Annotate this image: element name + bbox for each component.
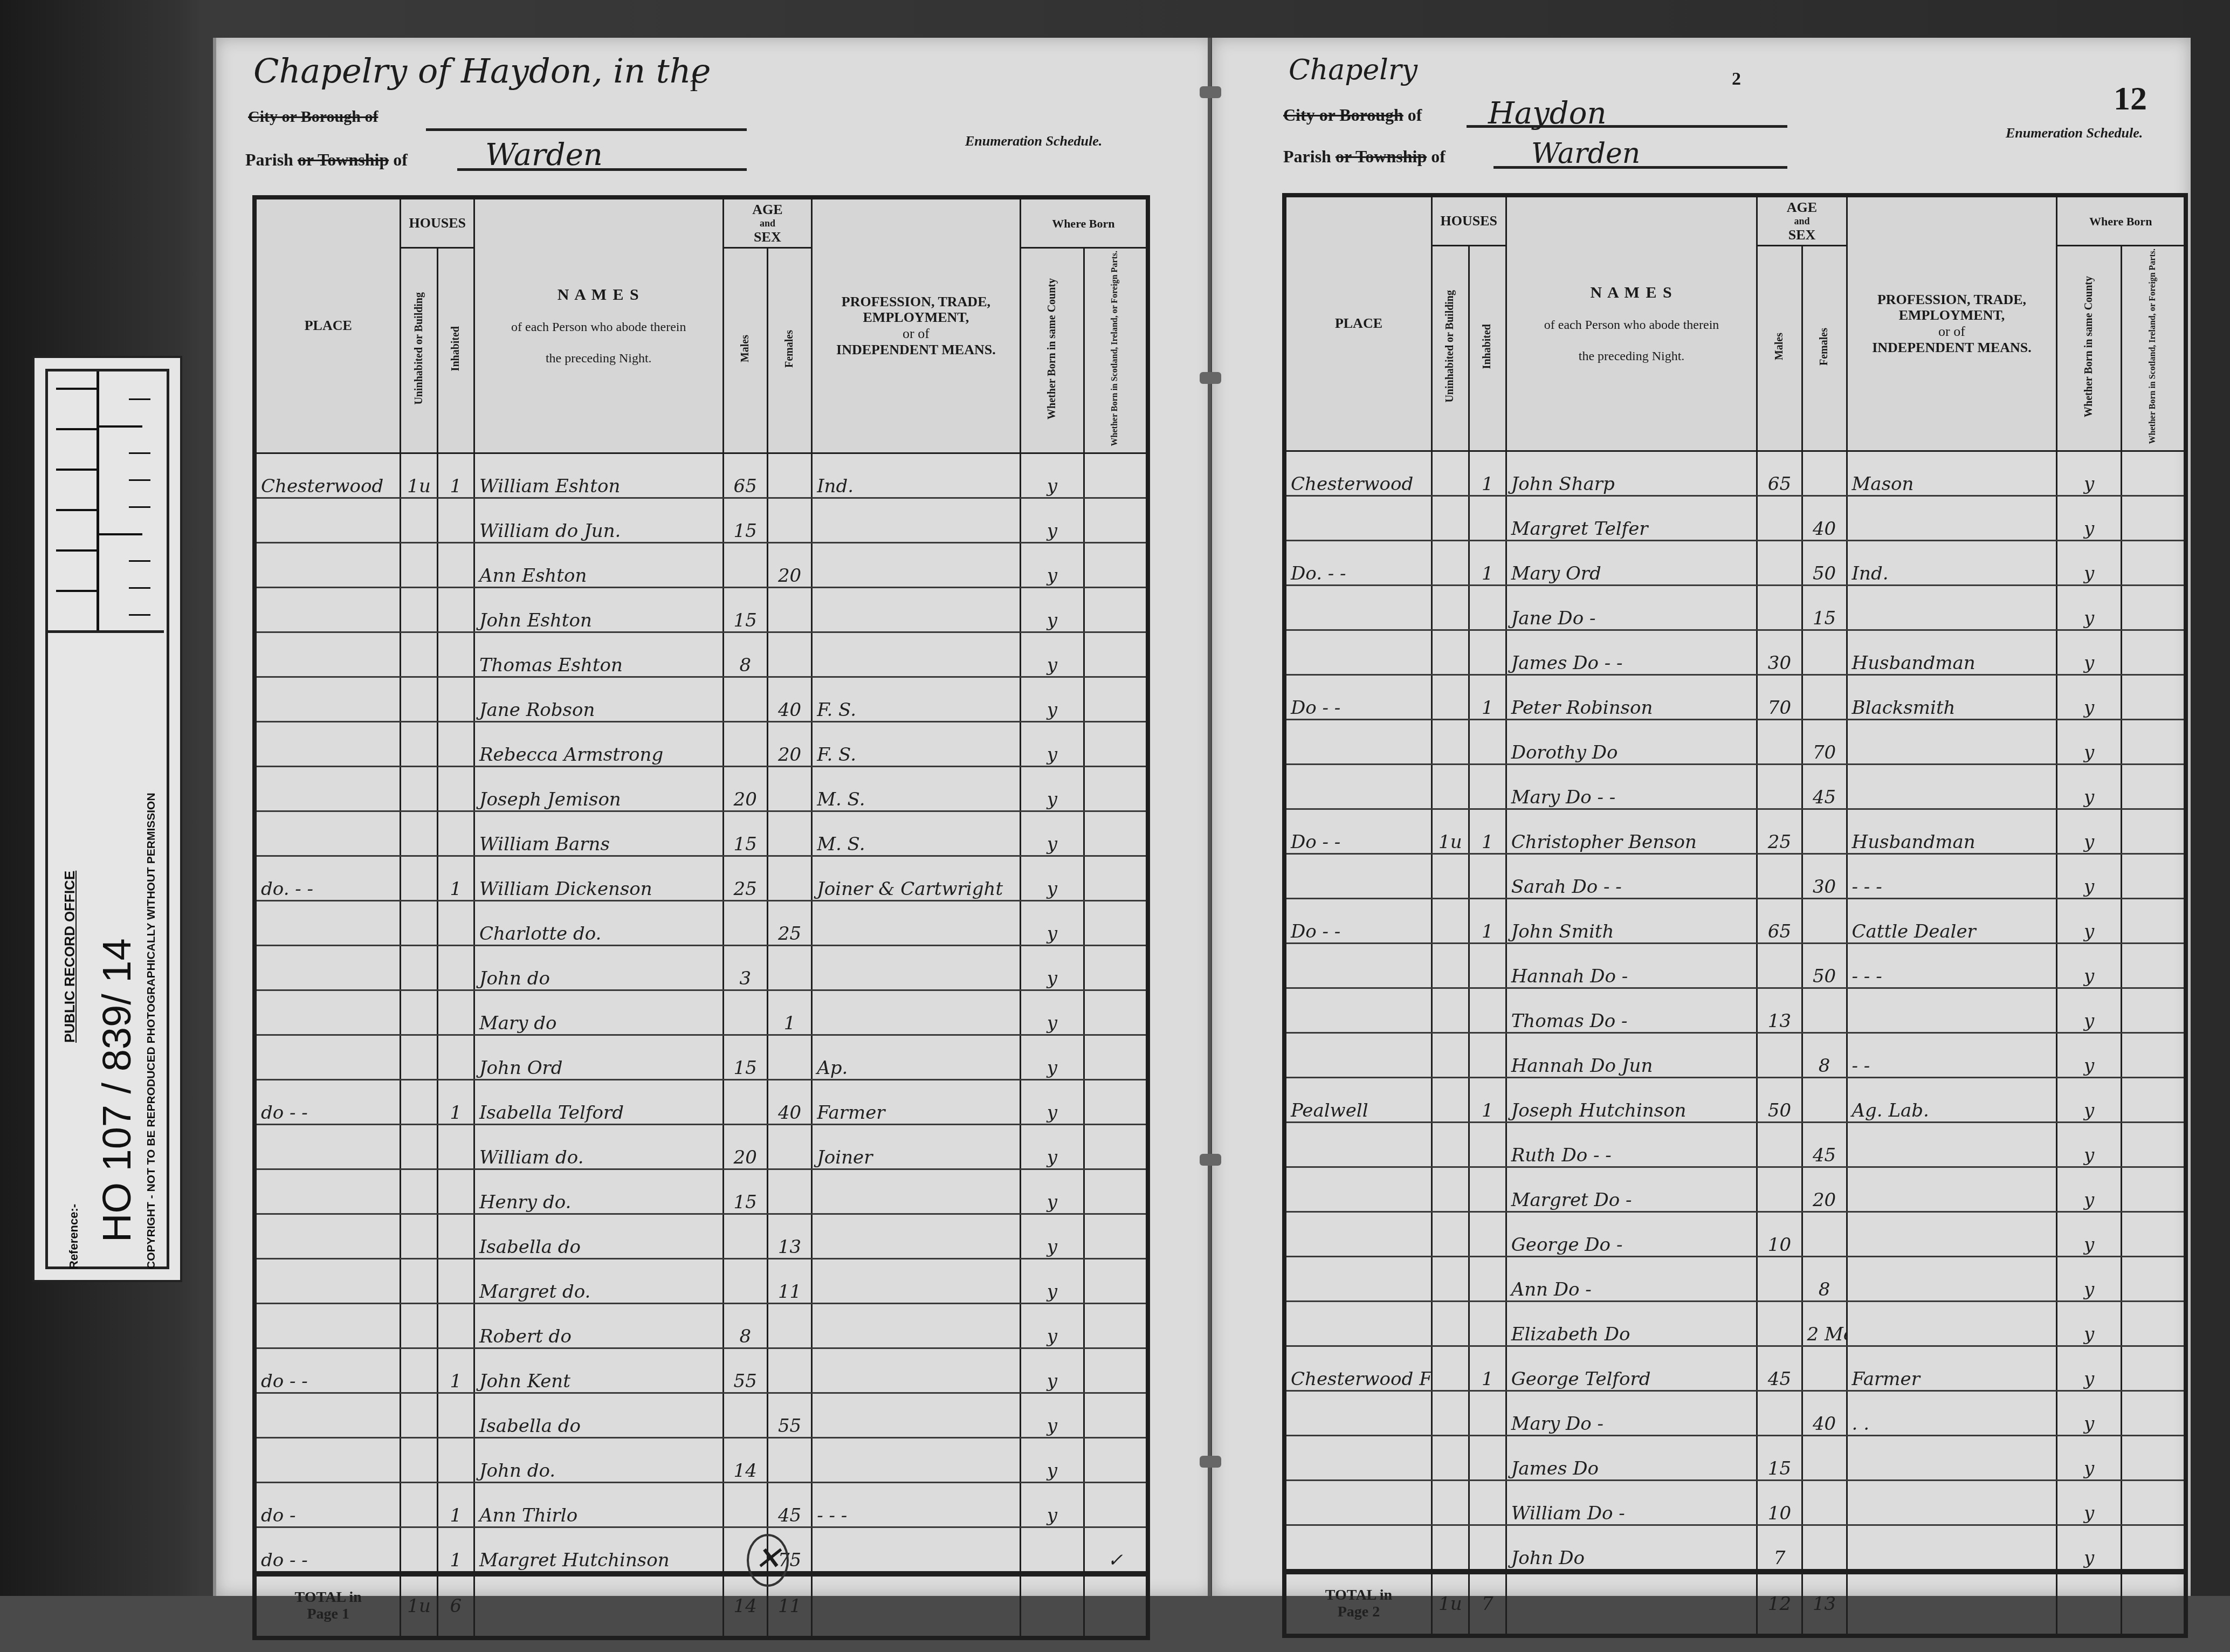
cell-uninhabited	[401, 1348, 437, 1393]
cell-uninhabited	[1431, 1346, 1469, 1391]
total-born-blank	[1020, 1574, 1084, 1638]
table-row: John Ord15Ap.y	[254, 1035, 1148, 1079]
cell-inhabited	[437, 1437, 474, 1482]
cell-male: 30	[1757, 630, 1802, 674]
table-row: Mary do1y	[254, 990, 1148, 1035]
cell-male	[1757, 1167, 1802, 1212]
header-females: Females	[1802, 246, 1847, 451]
cell-profession: Blacksmith	[1847, 674, 2057, 719]
cell-name: William Do -	[1506, 1480, 1757, 1525]
cell-male	[1757, 585, 1802, 630]
cell-profession	[812, 1393, 1020, 1437]
cell-male	[1757, 719, 1802, 764]
cell-name: Margret Do -	[1506, 1167, 1757, 1212]
cell-male	[1757, 1391, 1802, 1435]
cell-same-county: y	[2057, 1391, 2122, 1435]
cell-female: 1	[767, 990, 811, 1035]
cell-inhabited	[437, 587, 474, 632]
header-females: Females	[767, 248, 811, 453]
cell-uninhabited	[1431, 1167, 1469, 1212]
folio-stamp-mark: ✕	[747, 1534, 789, 1587]
cell-female	[1802, 674, 1847, 719]
right-parish-value: Warden	[1531, 137, 1640, 170]
cell-inhabited	[437, 1303, 474, 1348]
cell-profession	[812, 1527, 1020, 1574]
total-males: 12	[1757, 1572, 1802, 1636]
cell-uninhabited: 1u	[401, 453, 437, 498]
cell-name: Charlotte do.	[474, 900, 723, 945]
cell-inhabited	[437, 1169, 474, 1214]
cell-uninhabited	[401, 498, 437, 542]
total-label: TOTAL inPage 1	[254, 1574, 401, 1638]
table-row: Margret do.11y	[254, 1258, 1148, 1303]
cell-name: John Eshton	[474, 587, 723, 632]
cell-foreign	[1084, 990, 1148, 1035]
cell-profession	[812, 1437, 1020, 1482]
cell-profession: . .	[1847, 1391, 2057, 1435]
table-row: do - -1John Kent55y	[254, 1348, 1148, 1393]
cell-same-county: y	[2057, 898, 2122, 943]
ruler	[48, 371, 164, 633]
cell-place: Do - -	[1284, 809, 1431, 853]
cell-inhabited	[1469, 853, 1506, 898]
cell-profession	[1847, 1525, 2057, 1572]
cell-female: 40	[767, 1079, 811, 1124]
cell-female: 8	[1802, 1256, 1847, 1301]
cell-uninhabited	[401, 1303, 437, 1348]
cell-inhabited	[437, 1124, 474, 1169]
cell-female	[767, 856, 811, 900]
cell-male: 15	[723, 1169, 767, 1214]
cell-same-county: y	[2057, 1256, 2122, 1301]
cell-same-county: y	[1020, 1169, 1084, 1214]
binding-clip	[1200, 372, 1221, 384]
cell-place	[254, 1214, 401, 1258]
cell-place	[1284, 495, 1431, 540]
cell-uninhabited	[1431, 1077, 1469, 1122]
cell-same-county: y	[1020, 1348, 1084, 1393]
cell-uninhabited	[401, 766, 437, 811]
cell-same-county: y	[2057, 495, 2122, 540]
cell-foreign	[1084, 498, 1148, 542]
cell-same-county: y	[1020, 542, 1084, 587]
cell-uninhabited	[401, 542, 437, 587]
cell-foreign	[2121, 764, 2186, 809]
cell-same-county: y	[2057, 764, 2122, 809]
cell-profession: Farmer	[1847, 1346, 2057, 1391]
cell-inhabited: 1	[437, 1527, 474, 1574]
cell-inhabited: 1	[1469, 1077, 1506, 1122]
binding-clip	[1200, 86, 1221, 98]
cell-profession	[1847, 1167, 2057, 1212]
cell-female: 50	[1802, 540, 1847, 585]
cell-uninhabited	[401, 1214, 437, 1258]
cell-place	[1284, 1167, 1431, 1212]
table-row: Isabella do55y	[254, 1393, 1148, 1437]
cell-same-county	[1020, 1527, 1084, 1574]
cell-profession	[1847, 1122, 2057, 1167]
cell-foreign	[1084, 453, 1148, 498]
cell-place	[254, 587, 401, 632]
cell-foreign	[1084, 542, 1148, 587]
folio-number: 12	[2114, 80, 2147, 118]
cell-place	[1284, 585, 1431, 630]
cell-profession: - - -	[1847, 853, 2057, 898]
total-profession-blank	[812, 1574, 1020, 1638]
cell-male	[723, 1393, 767, 1437]
cell-name: Dorothy Do	[1506, 719, 1757, 764]
cell-foreign	[2121, 585, 2186, 630]
cell-name: John Sharp	[1506, 451, 1757, 495]
cell-foreign	[1084, 677, 1148, 721]
table-row: William do.20Joinery	[254, 1124, 1148, 1169]
cell-place	[1284, 764, 1431, 809]
cell-profession	[812, 587, 1020, 632]
cell-uninhabited	[401, 1124, 437, 1169]
cell-same-county: y	[1020, 1214, 1084, 1258]
cell-female: 40	[1802, 495, 1847, 540]
header-uninhabited: Uninhabited or Building	[1431, 246, 1469, 451]
cell-female	[767, 945, 811, 990]
cell-male: 15	[723, 498, 767, 542]
cell-male: 3	[723, 945, 767, 990]
table-row: Elizabeth Do2 Monthsy	[1284, 1301, 2186, 1346]
cell-name: Isabella do	[474, 1214, 723, 1258]
cell-profession	[1847, 585, 2057, 630]
cell-foreign	[1084, 632, 1148, 677]
header-inhabited: Inhabited	[437, 248, 474, 453]
cell-male: 8	[723, 1303, 767, 1348]
cell-inhabited	[1469, 1435, 1506, 1480]
cell-name: Jane Robson	[474, 677, 723, 721]
cell-foreign	[2121, 540, 2186, 585]
cell-place	[254, 1169, 401, 1214]
cell-place: Do. - -	[1284, 540, 1431, 585]
cell-male: 13	[1757, 988, 1802, 1032]
total-uninhabited: 1u	[401, 1574, 437, 1638]
cell-profession: Husbandman	[1847, 809, 2057, 853]
left-census-table: PLACE HOUSES N A M E Sof each Person who…	[252, 195, 1150, 1640]
cell-name: Henry do.	[474, 1169, 723, 1214]
cell-profession: M. S.	[812, 811, 1020, 856]
cell-name: John do	[474, 945, 723, 990]
cell-inhabited	[1469, 1212, 1506, 1256]
cell-same-county: y	[1020, 811, 1084, 856]
cell-profession	[812, 900, 1020, 945]
cell-female: 25	[767, 900, 811, 945]
table-row: do - -1Margret Hutchinson75✓	[254, 1527, 1148, 1574]
cell-profession: - -	[1847, 1032, 2057, 1077]
cell-inhabited: 1	[437, 1482, 474, 1527]
cell-same-county: y	[1020, 900, 1084, 945]
cell-inhabited: 1	[437, 453, 474, 498]
cell-foreign	[1084, 1035, 1148, 1079]
header-males: Males	[1757, 246, 1802, 451]
cell-same-county: y	[1020, 587, 1084, 632]
cell-name: Ann Thirlo	[474, 1482, 723, 1527]
header-profession: PROFESSION, TRADE,EMPLOYMENT,or ofINDEPE…	[812, 197, 1020, 453]
cell-uninhabited	[1431, 1032, 1469, 1077]
cell-same-county: y	[1020, 498, 1084, 542]
cell-male	[1757, 1032, 1802, 1077]
cell-name: Robert do	[474, 1303, 723, 1348]
cell-foreign	[2121, 1301, 2186, 1346]
header-born-same-county: Whether Born in same County	[2057, 246, 2122, 451]
cell-male: 15	[1757, 1435, 1802, 1480]
cell-place: do - -	[254, 1079, 401, 1124]
cell-inhabited	[437, 811, 474, 856]
cell-uninhabited	[1431, 674, 1469, 719]
cell-name: William do Jun.	[474, 498, 723, 542]
table-row: Rebecca Armstrong20F. S.y	[254, 721, 1148, 766]
table-row: Thomas Eshton8y	[254, 632, 1148, 677]
cell-uninhabited	[401, 1482, 437, 1527]
cell-same-county: y	[2057, 1346, 2122, 1391]
cell-foreign	[1084, 1258, 1148, 1303]
cell-inhabited	[1469, 1480, 1506, 1525]
cell-male	[723, 1258, 767, 1303]
cell-place: Do - -	[1284, 674, 1431, 719]
cell-inhabited	[437, 990, 474, 1035]
cell-foreign	[2121, 1256, 2186, 1301]
cell-foreign	[1084, 766, 1148, 811]
cell-inhabited	[1469, 988, 1506, 1032]
cell-place	[1284, 1256, 1431, 1301]
cell-male: 15	[723, 1035, 767, 1079]
cell-same-county: y	[2057, 674, 2122, 719]
cell-foreign	[1084, 1079, 1148, 1124]
cell-female: 2 Months	[1802, 1301, 1847, 1346]
table-row: James Do - -30Husbandmany	[1284, 630, 2186, 674]
cell-place	[1284, 1032, 1431, 1077]
cell-name: Hannah Do -	[1506, 943, 1757, 988]
table-row: John Eshton15y	[254, 587, 1148, 632]
cell-profession	[812, 990, 1020, 1035]
cell-name: John do.	[474, 1437, 723, 1482]
table-row: John do3y	[254, 945, 1148, 990]
cell-foreign	[2121, 719, 2186, 764]
cell-female	[767, 587, 811, 632]
cell-uninhabited	[1431, 943, 1469, 988]
cell-profession: Ap.	[812, 1035, 1020, 1079]
cell-male	[1757, 495, 1802, 540]
cell-inhabited: 1	[1469, 540, 1506, 585]
cell-profession	[1847, 1256, 2057, 1301]
table-row: do. - -1William Dickenson25Joiner & Cart…	[254, 856, 1148, 900]
cell-uninhabited	[401, 945, 437, 990]
cell-male	[723, 990, 767, 1035]
cell-same-county: y	[1020, 945, 1084, 990]
cell-female	[767, 498, 811, 542]
table-row: Robert do8y	[254, 1303, 1148, 1348]
cell-female: 40	[767, 677, 811, 721]
cell-male	[1757, 943, 1802, 988]
cell-inhabited: 1	[1469, 1346, 1506, 1391]
cell-male: 15	[723, 811, 767, 856]
cell-inhabited	[437, 632, 474, 677]
cell-name: Hannah Do Jun	[1506, 1032, 1757, 1077]
cell-inhabited	[437, 677, 474, 721]
cell-place	[254, 498, 401, 542]
total-foreign-blank	[1084, 1574, 1148, 1638]
cell-profession: Mason	[1847, 451, 2057, 495]
cell-female	[767, 1303, 811, 1348]
cell-uninhabited	[401, 1437, 437, 1482]
cell-profession: M. S.	[812, 766, 1020, 811]
cell-profession: - - -	[812, 1482, 1020, 1527]
cell-foreign	[1084, 721, 1148, 766]
cell-place	[254, 1124, 401, 1169]
table-row: Do. - -1Mary Ord50Ind.y	[1284, 540, 2186, 585]
cell-inhabited	[437, 945, 474, 990]
table-row: Hannah Do -50- - -y	[1284, 943, 2186, 988]
cell-name: Thomas Eshton	[474, 632, 723, 677]
cell-place	[1284, 943, 1431, 988]
copyright-notice: COPYRIGHT - NOT TO BE REPRODUCED PHOTOGR…	[145, 793, 158, 1269]
cell-same-county: y	[2057, 1122, 2122, 1167]
left-parish-label: Parish or Township of	[245, 150, 408, 170]
table-row: Thomas Do -13y	[1284, 988, 2186, 1032]
cell-uninhabited	[401, 856, 437, 900]
cell-place	[1284, 719, 1431, 764]
cell-place	[1284, 1391, 1431, 1435]
table-row: Chesterwood1u1William Eshton65Ind.y	[254, 453, 1148, 498]
cell-female: 20	[767, 542, 811, 587]
cell-male: 25	[1757, 809, 1802, 853]
total-uninhabited: 1u	[1431, 1572, 1469, 1636]
cell-uninhabited	[401, 1169, 437, 1214]
table-row: Margret Telfer40y	[1284, 495, 2186, 540]
cell-same-county: y	[2057, 585, 2122, 630]
cell-female: 8	[1802, 1032, 1847, 1077]
cell-female	[767, 811, 811, 856]
cell-inhabited: 1	[437, 1348, 474, 1393]
cell-foreign	[2121, 853, 2186, 898]
cell-female	[767, 632, 811, 677]
cell-male: 50	[1757, 1077, 1802, 1122]
cell-female: 45	[1802, 764, 1847, 809]
reference-strip: PUBLIC RECORD OFFICE Reference:- HO 107 …	[32, 356, 182, 1282]
total-label: TOTAL inPage 2	[1284, 1572, 1431, 1636]
cell-place: do - -	[254, 1527, 401, 1574]
cell-male	[723, 677, 767, 721]
table-row: do -1Ann Thirlo45- - -y	[254, 1482, 1148, 1527]
right-page-number: 2	[1732, 69, 1741, 90]
left-enumeration-schedule-label: Enumeration Schedule.	[965, 133, 1102, 149]
cell-uninhabited	[401, 1258, 437, 1303]
header-profession: PROFESSION, TRADE,EMPLOYMENT,or ofINDEPE…	[1847, 195, 2057, 451]
cell-uninhabited	[1431, 451, 1469, 495]
cell-place	[1284, 853, 1431, 898]
cell-foreign	[2121, 809, 2186, 853]
cell-female: 40	[1802, 1391, 1847, 1435]
cell-place	[254, 1393, 401, 1437]
cell-place	[254, 542, 401, 587]
cell-name: Christopher Benson	[1506, 809, 1757, 853]
header-names: N A M E Sof each Person who abode therei…	[474, 197, 723, 453]
cell-profession: Joiner & Cartwright	[812, 856, 1020, 900]
cell-profession	[812, 1258, 1020, 1303]
cell-foreign	[1084, 1214, 1148, 1258]
cell-profession: Husbandman	[1847, 630, 2057, 674]
total-inhabited: 6	[437, 1574, 474, 1638]
cell-female: 45	[767, 1482, 811, 1527]
cell-male: 10	[1757, 1212, 1802, 1256]
cell-uninhabited	[1431, 1212, 1469, 1256]
cell-inhabited: 1	[437, 856, 474, 900]
reference-number: HO 107 / 839/ 14	[94, 938, 140, 1242]
cell-profession: F. S.	[812, 721, 1020, 766]
cell-place	[1284, 1480, 1431, 1525]
cell-foreign	[2121, 1077, 2186, 1122]
cell-uninhabited	[401, 1527, 437, 1574]
cell-same-county: y	[1020, 990, 1084, 1035]
cell-name: George Telford	[1506, 1346, 1757, 1391]
cell-inhabited: 1	[1469, 674, 1506, 719]
cell-name: Isabella Telford	[474, 1079, 723, 1124]
cell-inhabited: 1	[1469, 898, 1506, 943]
cell-same-county: y	[1020, 1437, 1084, 1482]
cell-foreign	[2121, 1032, 2186, 1077]
cell-uninhabited	[1431, 1391, 1469, 1435]
cell-same-county: y	[2057, 1301, 2122, 1346]
cell-female	[1802, 1480, 1847, 1525]
header-where-born: Where Born	[1020, 197, 1148, 248]
header-uninhabited: Uninhabited or Building	[401, 248, 437, 453]
cell-male: 55	[723, 1348, 767, 1393]
cell-uninhabited	[1431, 853, 1469, 898]
cell-same-county: y	[1020, 677, 1084, 721]
cell-same-county: y	[1020, 1035, 1084, 1079]
cell-foreign	[2121, 630, 2186, 674]
cell-uninhabited	[1431, 1435, 1469, 1480]
cell-male: 20	[723, 1124, 767, 1169]
cell-inhabited	[437, 900, 474, 945]
cell-inhabited	[1469, 1256, 1506, 1301]
table-row: Henry do.15y	[254, 1169, 1148, 1214]
cell-same-county: y	[2057, 988, 2122, 1032]
cell-same-county: y	[1020, 1079, 1084, 1124]
cell-foreign	[2121, 1525, 2186, 1572]
cell-male	[1757, 1301, 1802, 1346]
cell-female: 30	[1802, 853, 1847, 898]
cell-place	[254, 1258, 401, 1303]
cell-foreign	[2121, 451, 2186, 495]
table-row: John do.14y	[254, 1437, 1148, 1482]
cell-name: George Do -	[1506, 1212, 1757, 1256]
cell-inhabited	[437, 721, 474, 766]
cell-profession: Joiner	[812, 1124, 1020, 1169]
cell-uninhabited	[1431, 495, 1469, 540]
table-row: Sarah Do - -30- - -y	[1284, 853, 2186, 898]
cell-name: William do.	[474, 1124, 723, 1169]
left-handwritten-heading: Chapelry of Haydon, in the	[253, 51, 711, 91]
cell-name: Peter Robinson	[1506, 674, 1757, 719]
cell-inhabited	[1469, 943, 1506, 988]
cell-uninhabited	[401, 900, 437, 945]
cell-place	[254, 721, 401, 766]
header-born-scotland-ireland-foreign: Whether Born in Scotland, Ireland, or Fo…	[2121, 246, 2186, 451]
header-houses: HOUSES	[1431, 195, 1506, 246]
cell-female: 55	[767, 1393, 811, 1437]
cell-female	[1802, 1346, 1847, 1391]
header-inhabited: Inhabited	[1469, 246, 1506, 451]
total-names-blank	[474, 1574, 723, 1638]
cell-place	[1284, 1212, 1431, 1256]
cell-male	[723, 1214, 767, 1258]
cell-foreign	[1084, 1348, 1148, 1393]
cell-foreign	[2121, 1212, 2186, 1256]
